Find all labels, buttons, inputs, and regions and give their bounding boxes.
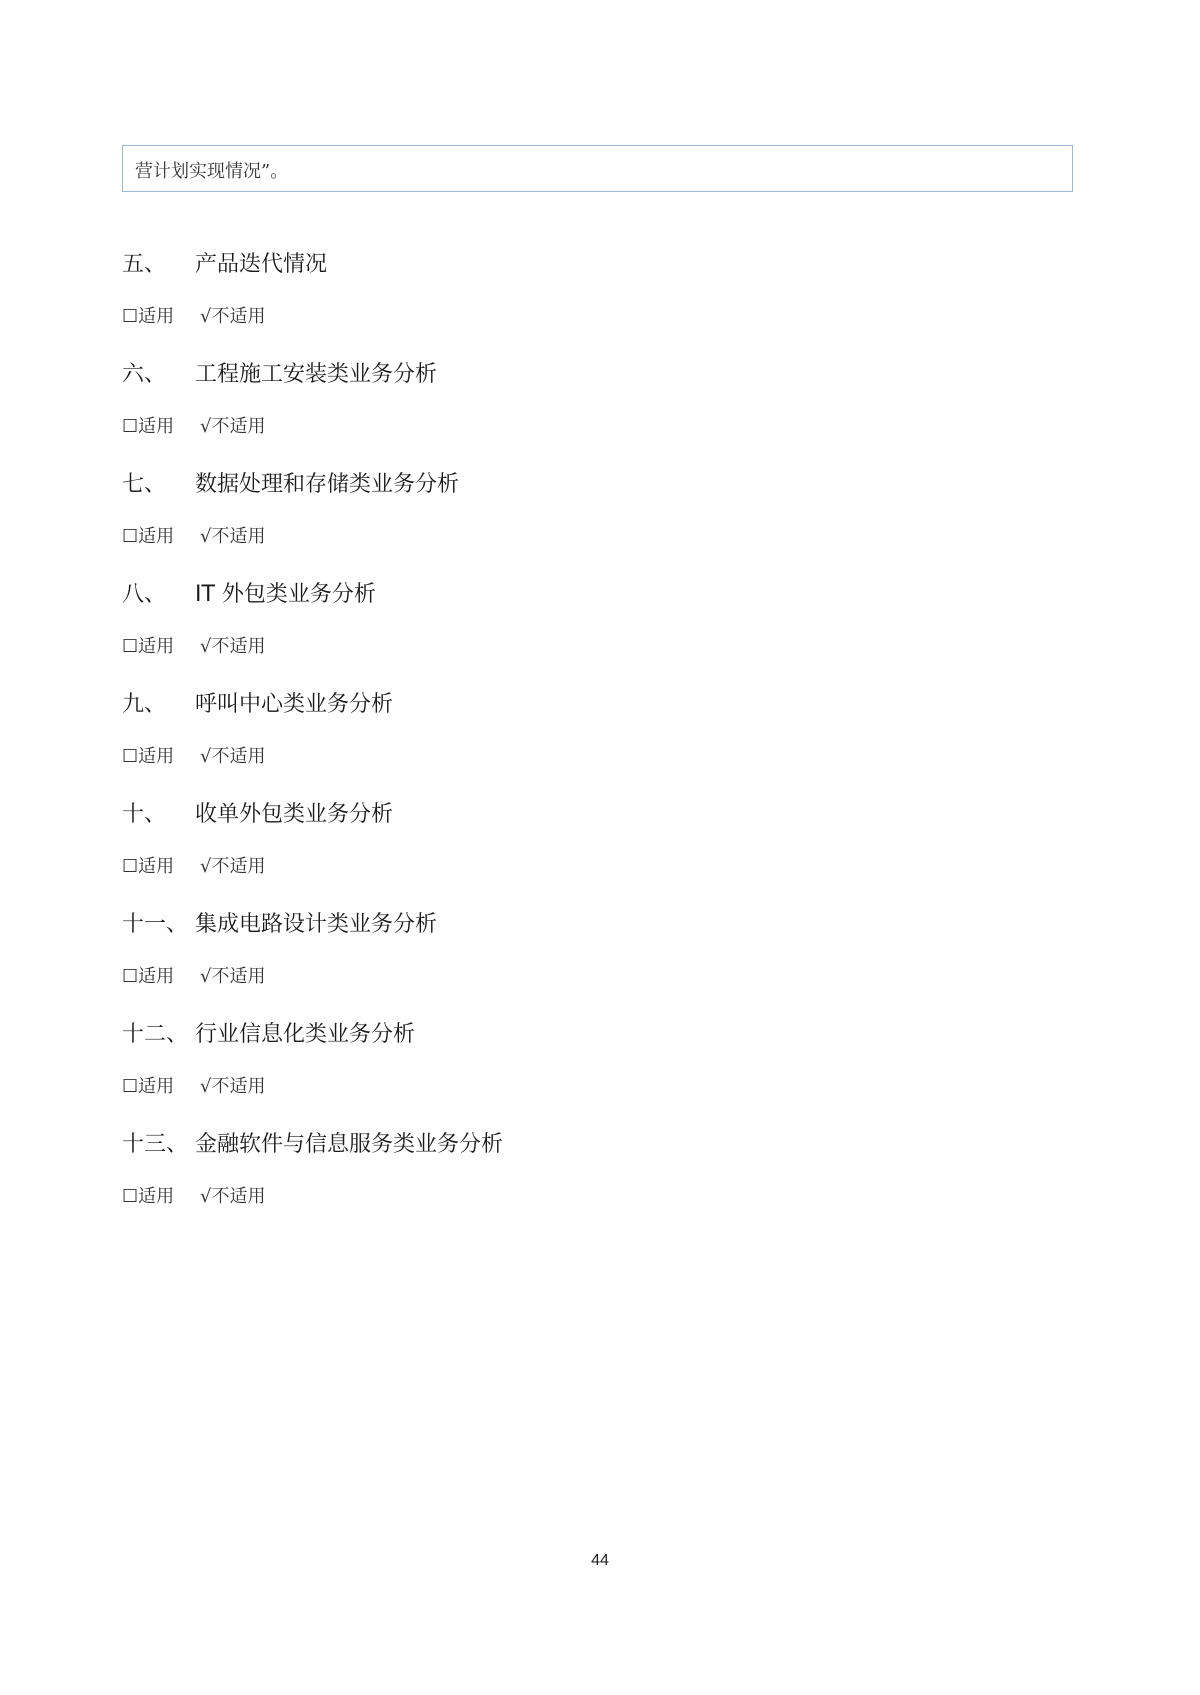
section-title: 呼叫中心类业务分析 [195, 690, 393, 720]
option-applicable-checkbox: ☐适用 [122, 635, 174, 659]
applicability-options: ☐适用 √不适用 [122, 415, 174, 439]
option-not-applicable-checked: √不适用 [200, 525, 265, 549]
section-title: 金融软件与信息服务类业务分析 [195, 1130, 503, 1160]
applicability-options: ☐适用 √不适用 [122, 965, 174, 989]
applicability-options: ☐适用 √不适用 [122, 525, 174, 549]
option-applicable-checkbox: ☐适用 [122, 1185, 174, 1209]
section-title: 收单外包类业务分析 [195, 800, 393, 830]
box-text: 营计划实现情况”。 [135, 157, 288, 183]
section-number: 五、 [122, 250, 166, 280]
option-not-applicable-checked: √不适用 [200, 305, 265, 329]
applicability-options: ☐适用 √不适用 [122, 745, 174, 769]
section-number: 十、 [122, 800, 166, 830]
section-number: 十二、 [122, 1020, 188, 1050]
section-number: 八、 [122, 580, 166, 610]
option-not-applicable-checked: √不适用 [200, 855, 265, 879]
applicability-options: ☐适用 √不适用 [122, 855, 174, 879]
option-not-applicable-checked: √不适用 [200, 1075, 265, 1099]
option-not-applicable-checked: √不适用 [200, 965, 265, 989]
continued-text-box: 营计划实现情况”。 [122, 145, 1073, 192]
applicability-options: ☐适用 √不适用 [122, 1185, 174, 1209]
option-not-applicable-checked: √不适用 [200, 745, 265, 769]
section-title: 集成电路设计类业务分析 [195, 910, 437, 940]
option-applicable-checkbox: ☐适用 [122, 305, 174, 329]
page-number: 44 [0, 1552, 1200, 1570]
applicability-options: ☐适用 √不适用 [122, 305, 174, 329]
applicability-options: ☐适用 √不适用 [122, 1075, 174, 1099]
option-applicable-checkbox: ☐适用 [122, 965, 174, 989]
option-applicable-checkbox: ☐适用 [122, 745, 174, 769]
section-number: 九、 [122, 690, 166, 720]
option-applicable-checkbox: ☐适用 [122, 855, 174, 879]
section-title: 数据处理和存储类业务分析 [195, 470, 459, 500]
option-not-applicable-checked: √不适用 [200, 1185, 265, 1209]
section-title: IT 外包类业务分析 [195, 580, 376, 610]
section-title: 行业信息化类业务分析 [195, 1020, 415, 1050]
option-applicable-checkbox: ☐适用 [122, 525, 174, 549]
section-number: 十一、 [122, 910, 188, 940]
section-number: 七、 [122, 470, 166, 500]
option-applicable-checkbox: ☐适用 [122, 1075, 174, 1099]
section-number: 六、 [122, 360, 166, 390]
option-not-applicable-checked: √不适用 [200, 635, 265, 659]
option-applicable-checkbox: ☐适用 [122, 415, 174, 439]
applicability-options: ☐适用 √不适用 [122, 635, 174, 659]
section-number: 十三、 [122, 1130, 188, 1160]
section-title: 工程施工安装类业务分析 [195, 360, 437, 390]
option-not-applicable-checked: √不适用 [200, 415, 265, 439]
section-title: 产品迭代情况 [195, 250, 327, 280]
